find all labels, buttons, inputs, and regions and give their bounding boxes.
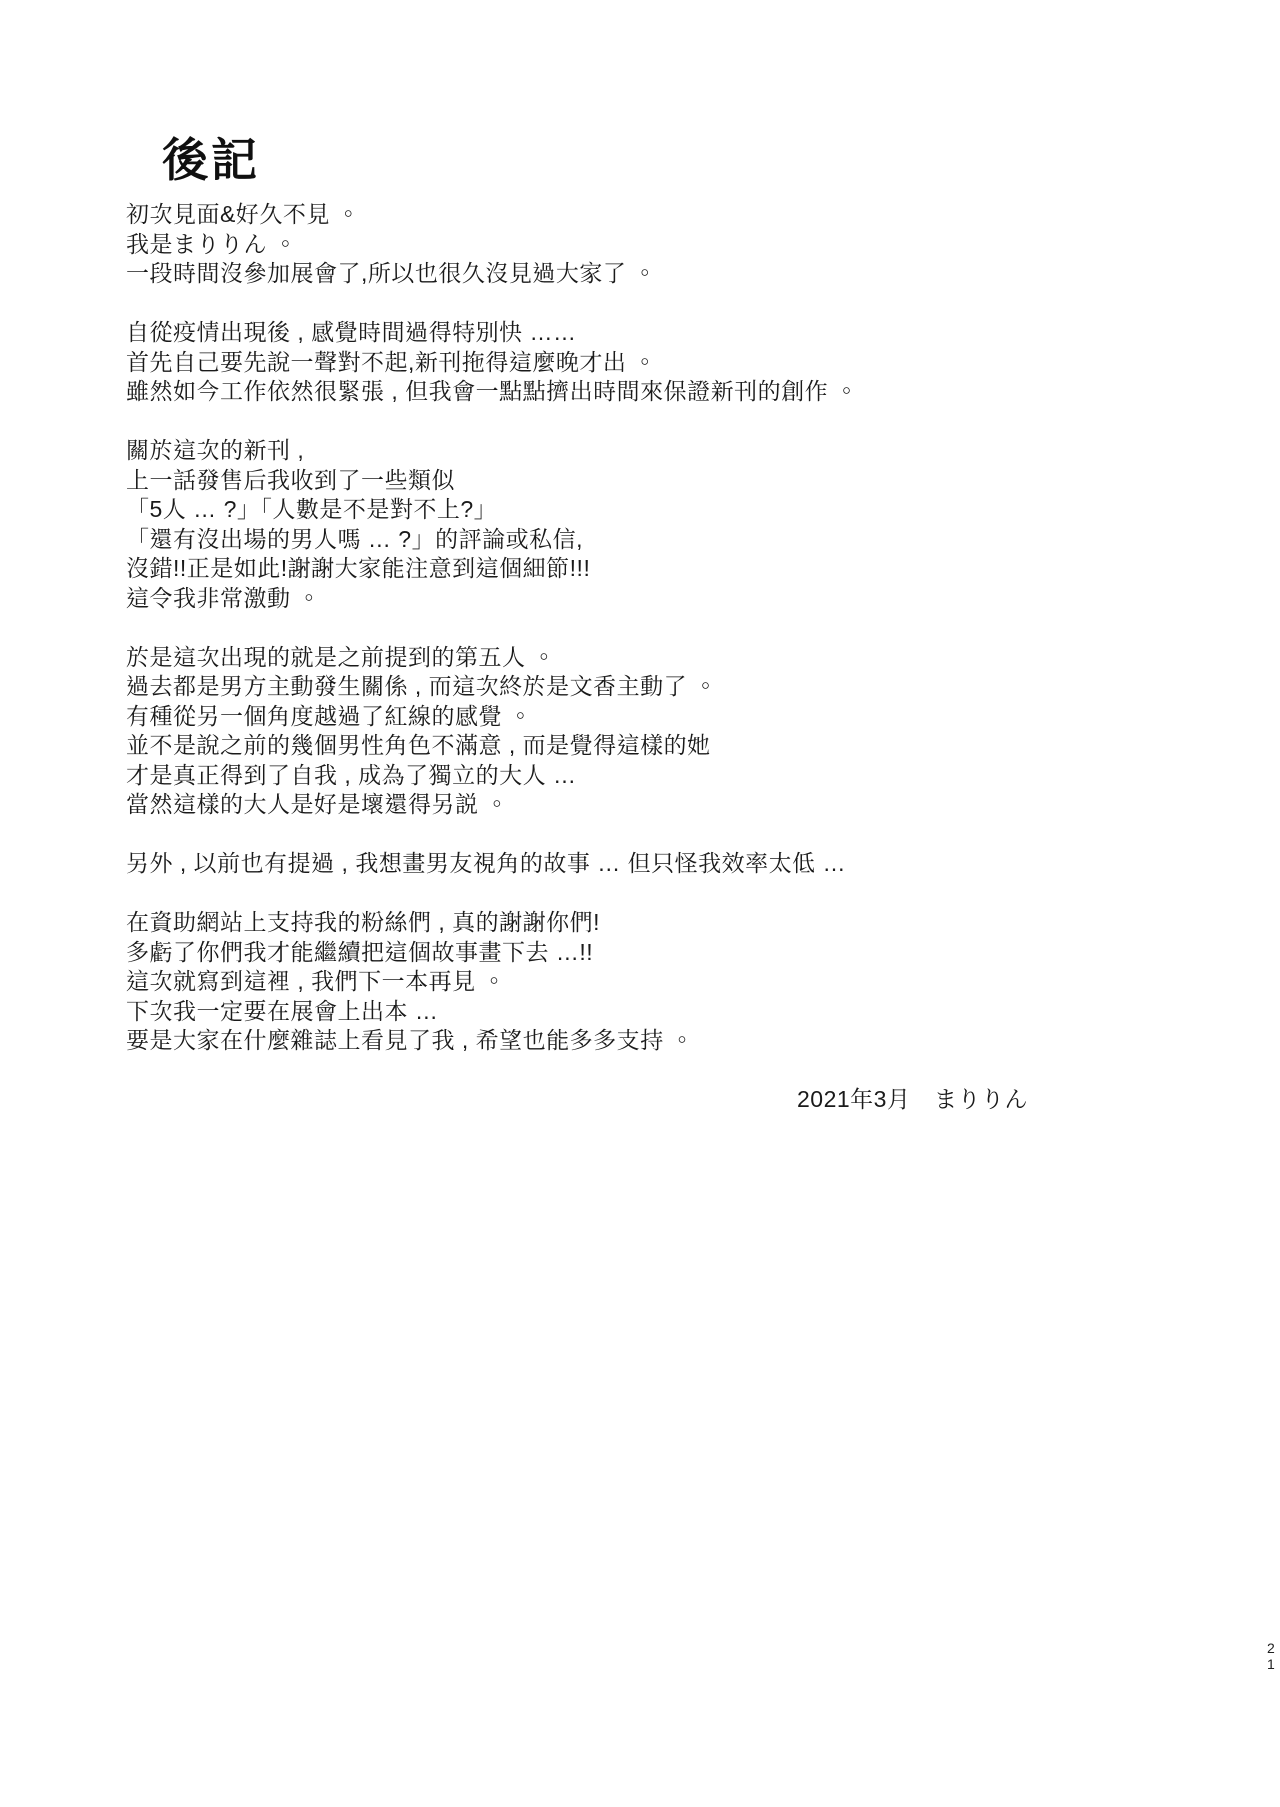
paragraph-greeting: 初次見面&好久不見 。 我是まりりん 。 一段時間沒參加展會了,所以也很久沒見過…: [126, 200, 1236, 289]
page-number: 21: [1267, 1640, 1278, 1672]
paragraph-fifth-person: 於是這次出現的就是之前提到的第五人 。 過去都是男方主動發生關係 , 而這次終於…: [126, 643, 1236, 820]
paragraph-thanks-closing: 在資助網站上支持我的粉絲們 , 真的謝謝你們! 多虧了你們我才能繼續把這個故事畫…: [126, 908, 1236, 1056]
page-title: 後記: [162, 134, 260, 187]
paragraph-about-new-book: 關於這次的新刊 , 上一話發售后我收到了一些類似 「5人 … ?」「人數是不是對…: [126, 436, 1236, 613]
paragraph-boyfriend-pov: 另外 , 以前也有提過 , 我想畫男友視角的故事 … 但只怪我效率太低 …: [126, 849, 1236, 879]
afterword-body: 初次見面&好久不見 。 我是まりりん 。 一段時間沒參加展會了,所以也很久沒見過…: [126, 200, 1236, 1115]
signature-date-author: 2021年3月 まりりん: [797, 1085, 1236, 1115]
afterword-page: 後記 初次見面&好久不見 。 我是まりりん 。 一段時間沒參加展會了,所以也很久…: [0, 0, 1280, 1807]
paragraph-apology: 自從疫情出現後 , 感覺時間過得特別快 …… 首先自己要先說一聲對不起,新刊拖得…: [126, 318, 1236, 407]
